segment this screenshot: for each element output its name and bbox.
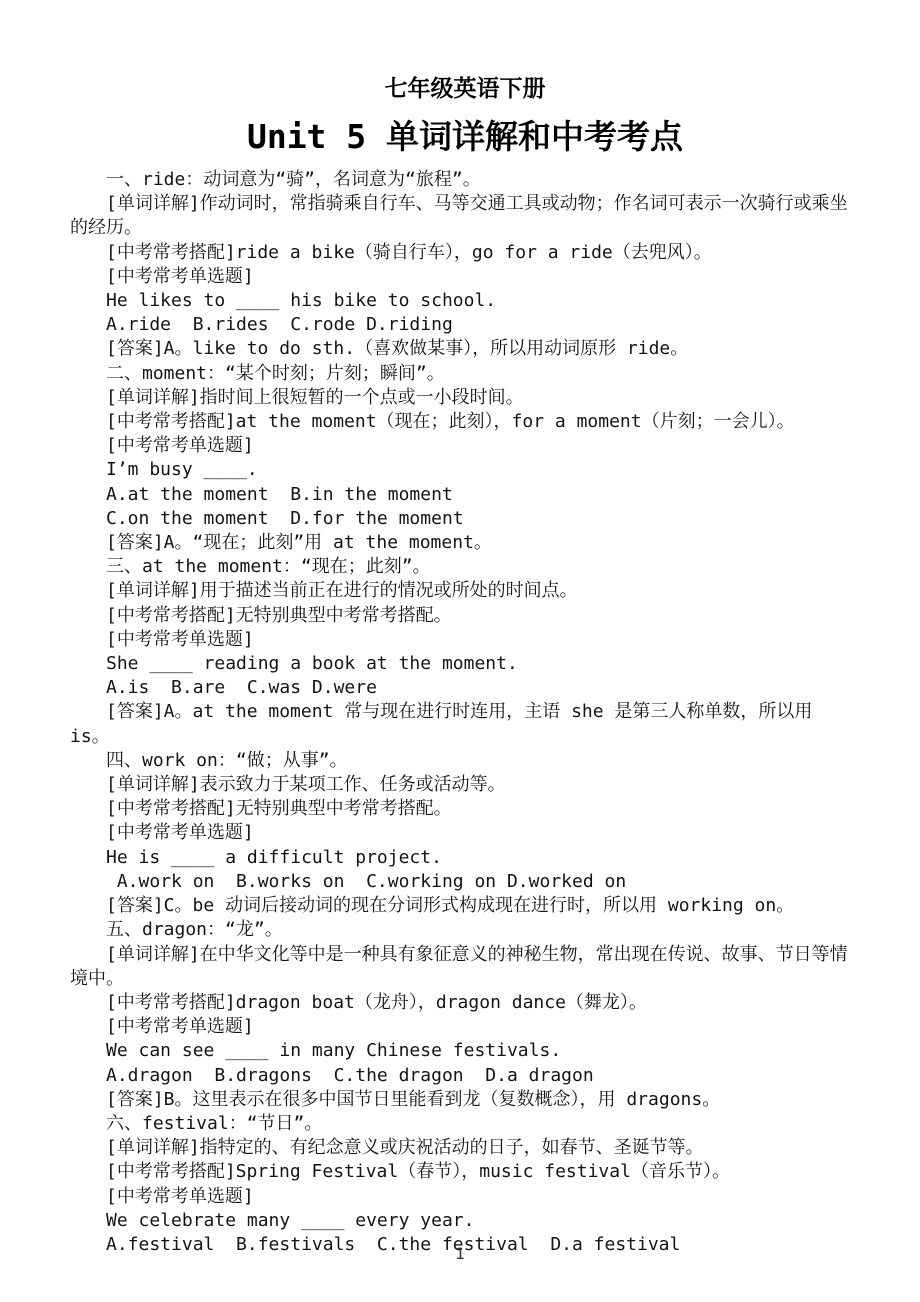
section-heading: 五、dragon：“龙”。 [70,918,860,942]
document-body: 一、ride：动词意为“骑”，名词意为“旅程”。[单词详解]作动词时，常指骑乘自… [70,168,860,1257]
question-label: [中考常考单选题] [70,821,860,845]
question-label: [中考常考单选题] [70,1015,860,1039]
section-work-on: 四、work on：“做；从事”。[单词详解]表示致力于某项工作、任务或活动等。… [70,749,860,918]
option-line: A.work on B.works on C.working on D.work… [70,870,860,894]
word-detail: [单词详解]指时间上很短暂的一个点或一小段时间。 [70,386,860,410]
question-sentence: He likes to ____ his bike to school. [70,289,860,313]
section-heading: 六、festival：“节日”。 [70,1112,860,1136]
option-line: A.at the moment B.in the moment [70,483,860,507]
answer: [答案]A。at the moment 常与现在进行时连用，主语 she 是第三… [70,700,860,748]
collocation: [中考常考搭配]无特别典型中考常考搭配。 [70,604,860,628]
document-page: 七年级英语下册 Unit 5 单词详解和中考考点 一、ride：动词意为“骑”，… [0,0,920,1302]
question-label: [中考常考单选题] [70,628,860,652]
question-sentence: We can see ____ in many Chinese festival… [70,1039,860,1063]
section-heading: 二、moment：“某个时刻；片刻；瞬间”。 [70,362,860,386]
question-sentence: I’m busy ____. [70,458,860,482]
question-sentence: We celebrate many ____ every year. [70,1209,860,1233]
collocation: [中考常考搭配]at the moment（现在；此刻），for a momen… [70,410,860,434]
question-label: [中考常考单选题] [70,1185,860,1209]
answer: [答案]A。like to do sth.（喜欢做某事），所以用动词原形 rid… [70,337,860,361]
collocation: [中考常考搭配]Spring Festival（春节），music festiv… [70,1160,860,1184]
option-line: C.on the moment D.for the moment [70,507,860,531]
section-heading: 一、ride：动词意为“骑”，名词意为“旅程”。 [70,168,860,192]
section-dragon: 五、dragon：“龙”。[单词详解]在中华文化等中是一种具有象征意义的神秘生物… [70,918,860,1112]
section-moment: 二、moment：“某个时刻；片刻；瞬间”。[单词详解]指时间上很短暂的一个点或… [70,362,860,556]
answer: [答案]C。be 动词后接动词的现在分词形式构成现在进行时，所以用 workin… [70,894,860,918]
option-line: A.ride B.rides C.rode D.riding [70,313,860,337]
answer: [答案]B。这里表示在很多中国节日里能看到龙（复数概念），用 dragons。 [70,1088,860,1112]
word-detail: [单词详解]在中华文化等中是一种具有象征意义的神秘生物，常出现在传说、故事、节日… [70,943,860,991]
section-heading: 三、at the moment：“现在；此刻”。 [70,555,860,579]
option-line: A.dragon B.dragons C.the dragon D.a drag… [70,1064,860,1088]
question-sentence: She ____ reading a book at the moment. [70,652,860,676]
word-detail: [单词详解]表示致力于某项工作、任务或活动等。 [70,773,860,797]
word-detail: [单词详解]用于描述当前正在进行的情况或所处的时间点。 [70,579,860,603]
word-detail: [单词详解]指特定的、有纪念意义或庆祝活动的日子，如春节、圣诞节等。 [70,1136,860,1160]
word-detail: [单词详解]作动词时，常指骑乘自行车、马等交通工具或动物；作名词可表示一次骑行或… [70,192,860,240]
collocation: [中考常考搭配]无特别典型中考常考搭配。 [70,797,860,821]
section-at-the-moment: 三、at the moment：“现在；此刻”。[单词详解]用于描述当前正在进行… [70,555,860,749]
section-heading: 四、work on：“做；从事”。 [70,749,860,773]
section-festival: 六、festival：“节日”。[单词详解]指特定的、有纪念意义或庆祝活动的日子… [70,1112,860,1257]
question-label: [中考常考单选题] [70,434,860,458]
option-line: A.is B.are C.was D.were [70,676,860,700]
answer: [答案]A。“现在；此刻”用 at the moment。 [70,531,860,555]
question-sentence: He is ____ a difficult project. [70,846,860,870]
page-title: Unit 5 单词详解和中考考点 [70,117,860,157]
collocation: [中考常考搭配]ride a bike（骑自行车），go for a ride（… [70,241,860,265]
collocation: [中考常考搭配]dragon boat（龙舟），dragon dance（舞龙）… [70,991,860,1015]
section-ride: 一、ride：动词意为“骑”，名词意为“旅程”。[单词详解]作动词时，常指骑乘自… [70,168,860,362]
question-label: [中考常考单选题] [70,265,860,289]
doc-subtitle: 七年级英语下册 [70,76,860,102]
page-number: 1 [0,1245,920,1262]
